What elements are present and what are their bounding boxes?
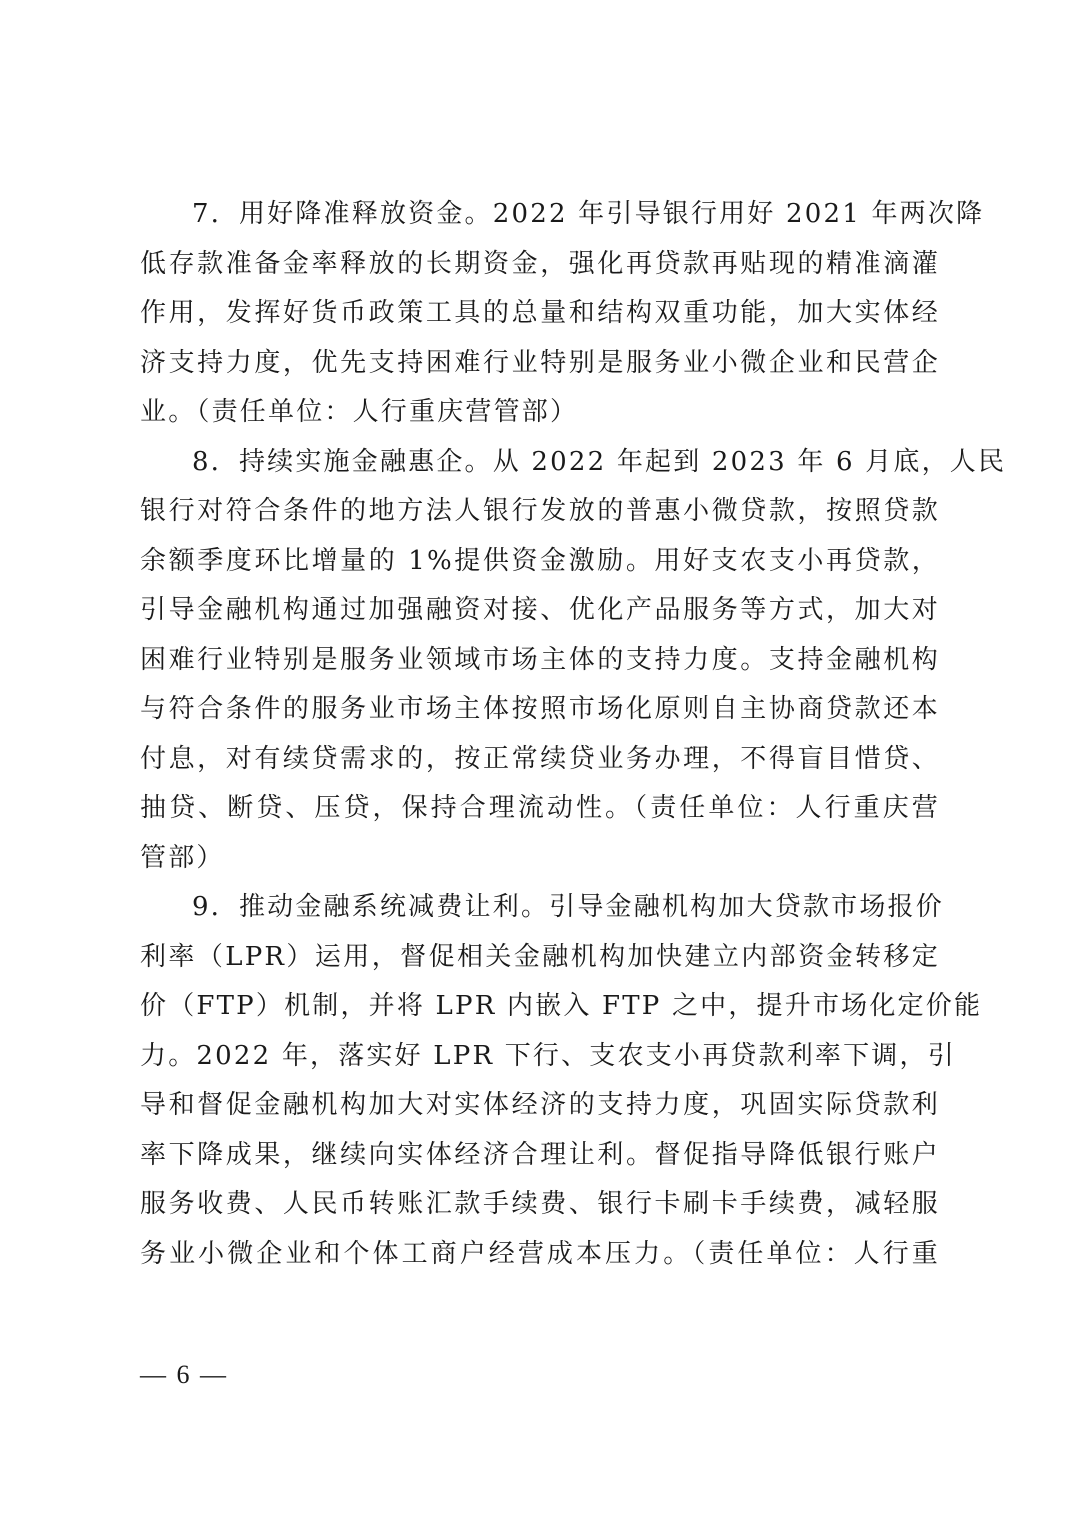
page-number: — 6 — (140, 1360, 228, 1390)
text-line: 付息，对有续贷需求的，按正常续贷业务办理，不得盲目惜贷、 (140, 735, 940, 785)
text-line: 济支持力度，优先支持困难行业特别是服务业小微企业和民营企 (140, 339, 940, 389)
text-line: 价（FTP）机制，并将 LPR 内嵌入 FTP 之中，提升市场化定价能 (140, 982, 940, 1032)
text-line: 引导金融机构通过加强融资对接、优化产品服务等方式，加大对 (140, 586, 940, 636)
text-line: 利率（LPR）运用，督促相关金融机构加快建立内部资金转移定 (140, 933, 940, 983)
text-line: 业。（责任单位：人行重庆营管部） (140, 388, 940, 438)
text-line: 困难行业特别是服务业领域市场主体的支持力度。支持金融机构 (140, 636, 940, 686)
text-line: 余额季度环比增量的 1%提供资金激励。用好支农支小再贷款， (140, 537, 940, 587)
text-line: 务业小微企业和个体工商户经营成本压力。（责任单位：人行重 (140, 1230, 940, 1280)
text-line: 与符合条件的服务业市场主体按照市场化原则自主协商贷款还本 (140, 685, 940, 735)
text-line: 8．持续实施金融惠企。从 2022 年起到 2023 年 6 月底，人民 (140, 438, 940, 488)
text-line: 导和督促金融机构加大对实体经济的支持力度，巩固实际贷款利 (140, 1081, 940, 1131)
text-line: 银行对符合条件的地方法人银行发放的普惠小微贷款，按照贷款 (140, 487, 940, 537)
paragraph-8: 8．持续实施金融惠企。从 2022 年起到 2023 年 6 月底，人民 银行对… (140, 438, 940, 884)
text-line: 9．推动金融系统减费让利。引导金融机构加大贷款市场报价 (140, 883, 940, 933)
paragraph-7: 7．用好降准释放资金。2022 年引导银行用好 2021 年两次降 低存款准备金… (140, 190, 940, 438)
text-line: 低存款准备金率释放的长期资金，强化再贷款再贴现的精准滴灌 (140, 240, 940, 290)
text-line: 7．用好降准释放资金。2022 年引导银行用好 2021 年两次降 (140, 190, 940, 240)
text-line: 力。2022 年，落实好 LPR 下行、支农支小再贷款利率下调，引 (140, 1032, 940, 1082)
text-line: 率下降成果，继续向实体经济合理让利。督促指导降低银行账户 (140, 1131, 940, 1181)
document-body: 7．用好降准释放资金。2022 年引导银行用好 2021 年两次降 低存款准备金… (140, 190, 940, 1279)
paragraph-9: 9．推动金融系统减费让利。引导金融机构加大贷款市场报价 利率（LPR）运用，督促… (140, 883, 940, 1279)
text-line: 管部） (140, 834, 940, 884)
text-line: 作用，发挥好货币政策工具的总量和结构双重功能，加大实体经 (140, 289, 940, 339)
text-line: 服务收费、人民币转账汇款手续费、银行卡刷卡手续费，减轻服 (140, 1180, 940, 1230)
text-line: 抽贷、断贷、压贷，保持合理流动性。（责任单位：人行重庆营 (140, 784, 940, 834)
